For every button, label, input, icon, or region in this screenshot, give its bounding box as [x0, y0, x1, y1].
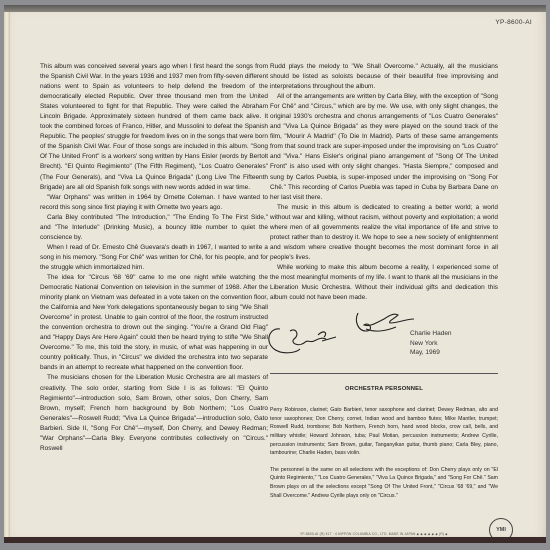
- spine-edge: [4, 12, 10, 537]
- catalog-number: YP-8600-AI: [495, 19, 532, 26]
- personnel-list: Perry Robinson, clarinet; Gato Barbieri,…: [270, 406, 498, 458]
- bottom-edge: [4, 537, 546, 543]
- paragraph: While working to make this album become …: [270, 263, 498, 303]
- signature-name: Charlie Haden: [410, 329, 452, 339]
- paragraph: The music in this album is dedicated to …: [270, 203, 498, 263]
- personnel-note: The personnel is the same on all selecti…: [270, 466, 498, 500]
- signature-icon: [266, 309, 416, 364]
- divider: [270, 373, 498, 374]
- paragraph: When I read of Dr. Ernesto Chê Guevara's…: [40, 243, 268, 273]
- footer-imprint: YP-8600-AI (R) 517 · 4 NIPPON COLUMBIA C…: [300, 532, 448, 536]
- paragraph: The musicians chosen for the Liberation …: [40, 373, 268, 453]
- liner-notes-left-column: This album was conceived several years a…: [40, 62, 268, 454]
- signature-caption: Charlie Haden New York May, 1969: [410, 329, 452, 358]
- paragraph: All of the arrangements are written by C…: [270, 92, 498, 203]
- logo-text: YMI: [496, 527, 506, 533]
- album-back-cover: YP-8600-AI This album was conceived seve…: [4, 5, 546, 543]
- signature-place: New York: [410, 339, 452, 349]
- signature-date: May, 1969: [410, 348, 452, 358]
- liner-notes-right-column: Rudd plays the melody to "We Shall Overc…: [270, 62, 498, 500]
- paragraph: The idea for "Circus '68 '69" came to me…: [40, 273, 268, 373]
- paragraph: "War Orphans" was written in 1964 by Orn…: [40, 193, 268, 213]
- top-edge: [4, 5, 546, 12]
- signature-block: Charlie Haden New York May, 1969: [270, 309, 498, 367]
- paragraph: This album was conceived several years a…: [40, 62, 268, 193]
- personnel-heading: ORCHESTRA PERSONNEL: [270, 384, 498, 394]
- paragraph: Rudd plays the melody to "We Shall Overc…: [270, 62, 498, 92]
- paragraph: Carla Bley contributed "The Introduction…: [40, 213, 268, 243]
